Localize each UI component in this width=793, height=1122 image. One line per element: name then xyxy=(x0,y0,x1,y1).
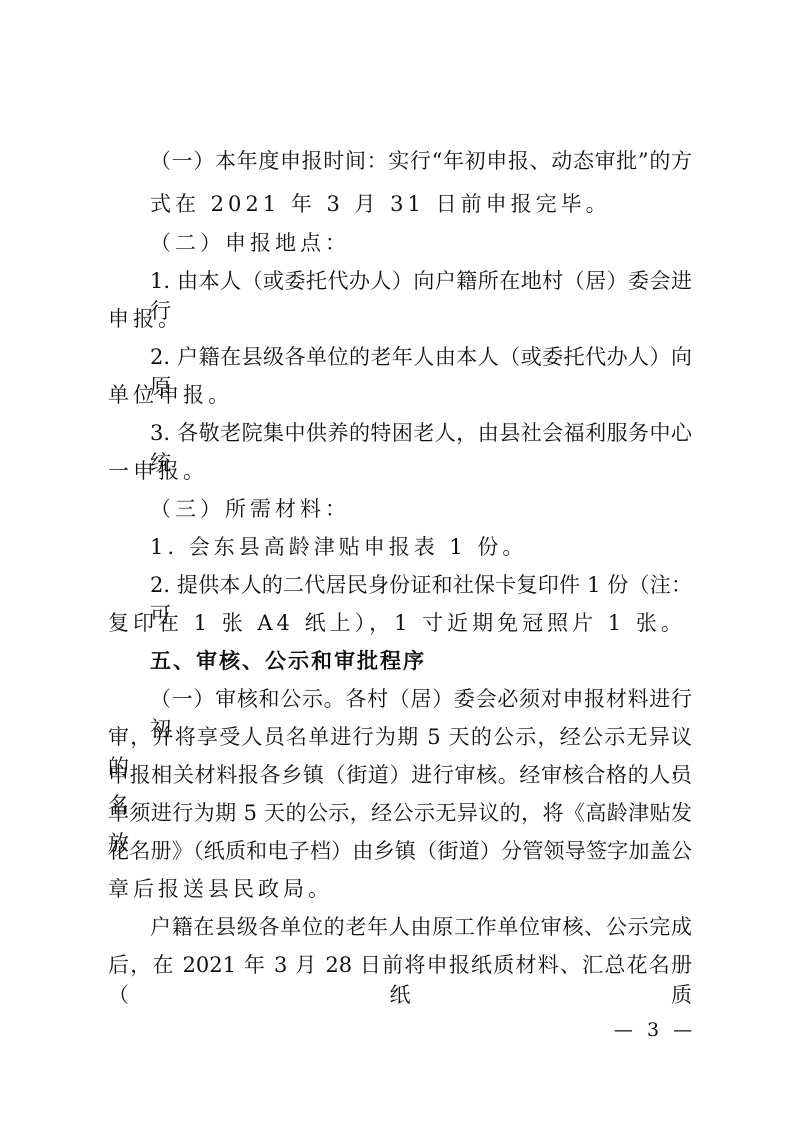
text-line: 1. 由本人（或委托代办人）向户籍所在地村（居）委会进行 xyxy=(150,266,692,296)
text-line: 式在 2021 年 3 月 31 日前申报完毕。 xyxy=(150,189,692,219)
text-line: 申报。 xyxy=(108,304,692,334)
text-line: 后，在 2021 年 3 月 28 日前将申报纸质材料、汇总花名册（纸质 xyxy=(108,950,692,980)
text-line: 1. 会东县高龄津贴申报表 1 份。 xyxy=(150,532,692,562)
page-number: — 3 — xyxy=(610,1016,700,1044)
text-line: 户籍在县级各单位的老年人由原工作单位审核、公示完成 xyxy=(150,912,692,942)
text-line: 申报相关材料报各乡镇（街道）进行审核。经审核合格的人员名 xyxy=(108,760,692,790)
text-line: 复印在 1 张 A4 纸上），1 寸近期免冠照片 1 张。 xyxy=(108,608,692,638)
text-line: 2. 提供本人的二代居民身份证和社保卡复印件 1 份（注：可 xyxy=(150,570,692,600)
text-line: （一）审核和公示。各村（居）委会必须对申报材料进行初 xyxy=(150,684,692,714)
text-line: 3. 各敬老院集中供养的特困老人，由县社会福利服务中心统 xyxy=(150,418,692,448)
text-line: 一申报。 xyxy=(108,456,692,486)
text-line: 审，并将享受人员名单进行为期 5 天的公示，经公示无异议的， xyxy=(108,722,692,752)
text-line: 单须进行为期 5 天的公示，经公示无异议的，将《高龄津贴发放 xyxy=(108,798,692,828)
text-line: 单位申报。 xyxy=(108,380,692,410)
document-page: （一）本年度申报时间：实行“年初申报、动态审批”的方式在 2021 年 3 月 … xyxy=(0,0,793,1122)
text-line: （一）本年度申报时间：实行“年初申报、动态审批”的方 xyxy=(150,146,692,176)
section-heading: 五、审核、公示和审批程序 xyxy=(150,646,692,676)
text-line: （三）所需材料： xyxy=(150,494,692,524)
text-line: 花名册》（纸质和电子档）由乡镇（街道）分管领导签字加盖公 xyxy=(108,836,692,866)
text-line: （二）申报地点： xyxy=(150,228,692,258)
text-line: 2. 户籍在县级各单位的老年人由本人（或委托代办人）向原 xyxy=(150,342,692,372)
text-line: 章后报送县民政局。 xyxy=(108,874,692,904)
